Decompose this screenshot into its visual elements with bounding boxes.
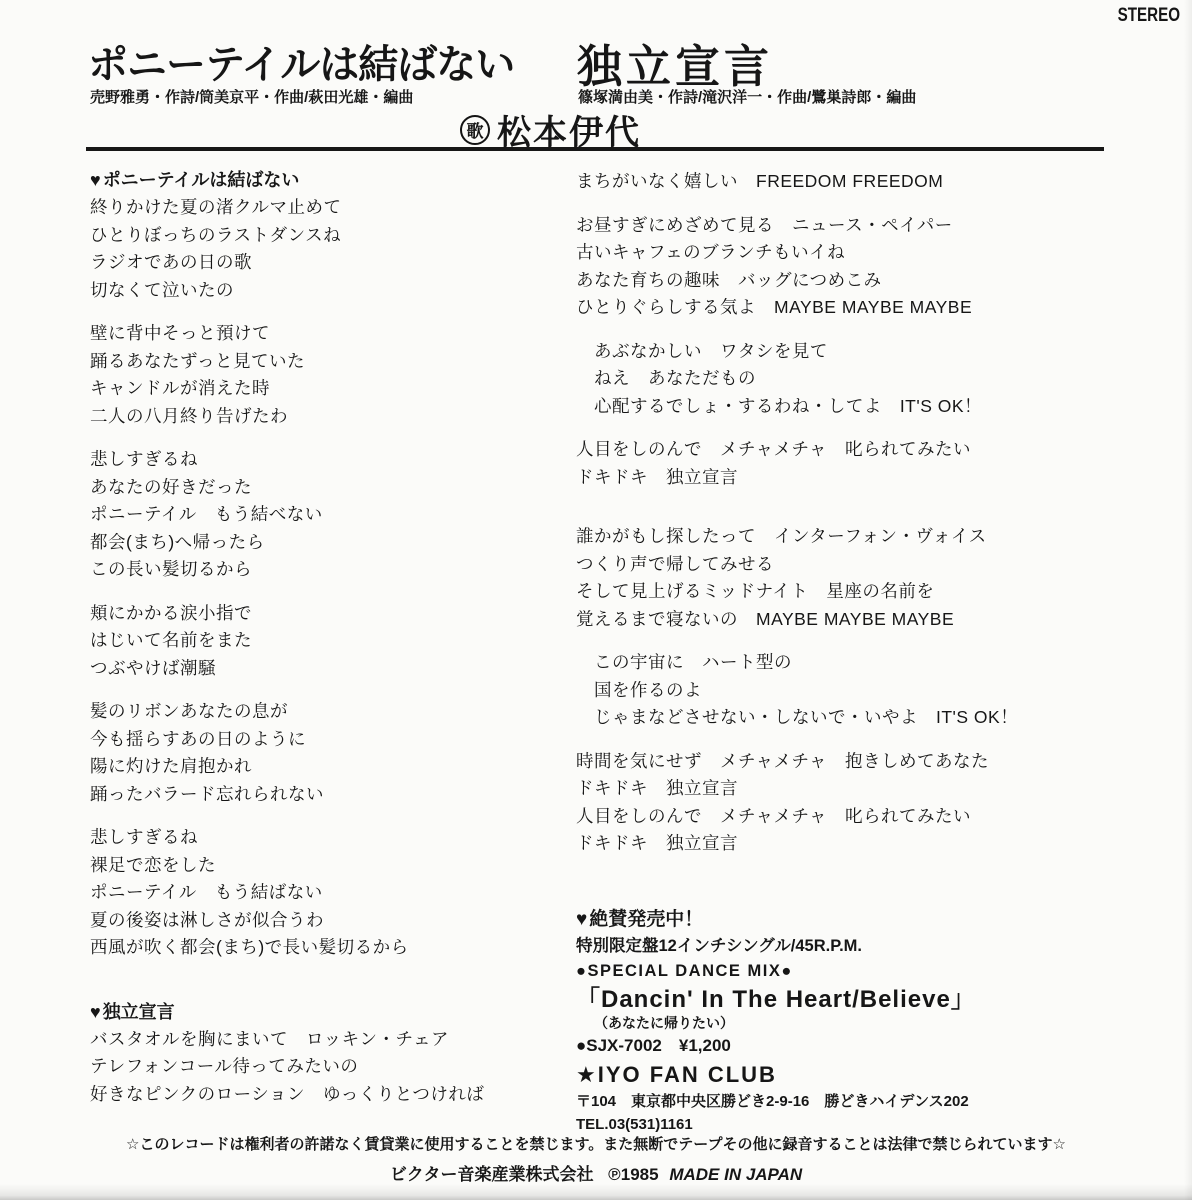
lyric-line: キャンドルが消えた時	[90, 375, 570, 403]
lyric-line: 都会(まち)へ帰ったら	[90, 529, 570, 557]
lyric-line: 人目をしのんで メチャメチャ 叱られてみたい	[576, 436, 1186, 464]
lyric-line: つぶやけば潮騒	[90, 655, 570, 683]
lyric-line: ねえ あなただもの	[576, 365, 1186, 393]
lyric-line: 人目をしのんで メチャメチャ 叱られてみたい	[576, 803, 1186, 831]
lyric-line: 踊るあなたずっと見ていた	[90, 348, 570, 376]
lyric-line: 壁に背中そっと預けて	[90, 320, 570, 348]
lyric-line: 心配するでしょ・するわね・してよ IT'S OK！	[576, 393, 1186, 421]
promo-release-title: 「Dancin' In The Heart/Believe」	[576, 984, 976, 1015]
stereo-label: STEREO	[1118, 5, 1181, 27]
lyric-line: 覚えるまで寝ないの MAYBE MAYBE MAYBE	[576, 606, 1186, 634]
song2-credits: 篠塚満由美・作詩/滝沢洋一・作曲/鷺巣詩郎・編曲	[578, 86, 916, 107]
company-line: ビクター音楽産業株式会社 ℗1985 MADE IN JAPAN	[0, 1160, 1192, 1185]
song2-lyrics-right: まちがいなく嬉しい FREEDOM FREEDOMお昼すぎにめざめて見る ニュー…	[576, 168, 1186, 858]
song1-lyrics-heading: ♥ポニーテイルは結ばない	[90, 166, 570, 194]
lyric-line: つくり声で帰してみせる	[576, 551, 1186, 579]
promo-heading-text: 絶賛発売中！	[589, 909, 703, 930]
scan-edge-bottom	[0, 1184, 1192, 1200]
lyric-line: お昼すぎにめざめて見る ニュース・ペイパー	[576, 212, 1186, 240]
lyric-line: 時間を気にせず メチャメチャ 抱きしめてあなた	[576, 748, 1186, 776]
lyric-line	[576, 633, 1186, 649]
lyric-line: バスタオルを胸にまいて ロッキン・チェア	[90, 1026, 570, 1054]
lyric-line: テレフォンコール待ってみたいの	[90, 1053, 570, 1081]
song1-lyrics: 終りかけた夏の渚クルマ止めてひとりぼっちのラストダンスねラジオであの日の歌切なく…	[90, 194, 570, 962]
lyric-line: じゃまなどさせない・しないで・いやよ IT'S OK！	[576, 704, 1186, 732]
promo-block: ♥絶賛発売中！ 特別限定盤12インチシングル/45R.P.M. ●SPECIAL…	[576, 905, 976, 1136]
song1-credits: 売野雅勇・作詩/筒美京平・作曲/萩田光雄・編曲	[90, 86, 413, 107]
lyric-line	[576, 420, 1186, 436]
lyric-line: 今も揺らすあの日のように	[90, 726, 570, 754]
lyric-line	[576, 196, 1186, 212]
lyric-line: この宇宙に ハート型の	[576, 649, 1186, 677]
promo-fanclub-line: ★IYO FAN CLUB	[576, 1059, 976, 1090]
p-mark: ℗1985	[608, 1165, 658, 1184]
promo-heading: ♥絶賛発売中！	[576, 905, 976, 934]
lyric-line: 悲しすぎるね	[90, 446, 570, 474]
lyric-line: はじいて名前をまた	[90, 627, 570, 655]
heart-icon: ♥	[576, 909, 587, 930]
lyric-line: 悲しすぎるね	[90, 824, 570, 852]
lyric-line	[90, 304, 570, 320]
lyric-line: 夏の後姿は淋しさが似合うわ	[90, 907, 570, 935]
lyric-line: 踊ったバラード忘れられない	[90, 781, 570, 809]
promo-mix-line: ●SPECIAL DANCE MIX●	[576, 959, 976, 984]
song2-lyrics-left: バスタオルを胸にまいて ロッキン・チェアテレフォンコール待ってみたいの好きなピン…	[90, 1026, 570, 1109]
lyric-line: 陽に灼けた肩抱かれ	[90, 753, 570, 781]
lyric-line: 好きなピンクのローション ゆっくりとつければ	[90, 1081, 570, 1109]
lyric-line: そして見上げるミッドナイト 星座の名前を	[576, 578, 1186, 606]
lyric-line: ラジオであの日の歌	[90, 249, 570, 277]
rental-notice: ☆このレコードは権利者の許諾なく賃貸業に使用することを禁じます。また無断でテープ…	[0, 1133, 1192, 1154]
promo-address-line: 〒104 東京都中央区勝どき2-9-16 勝どきハイデンス202	[576, 1090, 976, 1114]
promo-catalog-line: ●SJX-7002 ¥1,200	[576, 1032, 976, 1059]
lyric-line	[90, 682, 570, 698]
lyric-line: あなたの好きだった	[90, 474, 570, 502]
lyric-line	[90, 584, 570, 600]
right-lyrics-column: まちがいなく嬉しい FREEDOM FREEDOMお昼すぎにめざめて見る ニュー…	[576, 168, 1186, 858]
scan-edge-right	[1184, 0, 1192, 1200]
song2-lyrics-heading: ♥独立宣言	[90, 998, 570, 1026]
song2-lyrics-heading-text: 独立宣言	[103, 1002, 175, 1022]
lyric-line	[576, 491, 1186, 507]
heart-icon: ♥	[90, 1002, 101, 1022]
lyric-line: あぶなかしい ワタシを見て	[576, 338, 1186, 366]
lyric-line: 切なくて泣いたの	[90, 277, 570, 305]
lyric-line: 誰かがもし探したって インターフォン・ヴォイス	[576, 523, 1186, 551]
lyric-line	[576, 322, 1186, 338]
lyric-line: ドキドキ 独立宣言	[576, 775, 1186, 803]
promo-edition-line: 特別限定盤12インチシングル/45R.P.M.	[576, 934, 976, 959]
lyric-line: 国を作るのよ	[576, 677, 1186, 705]
lyric-line: 頬にかかる涙小指で	[90, 600, 570, 628]
lyric-line	[90, 808, 570, 824]
lyric-line: 西風が吹く都会(まち)で長い髪切るから	[90, 934, 570, 962]
section-gap	[90, 962, 570, 998]
divider-rule	[86, 147, 1104, 151]
lyric-line: ひとりぐらしする気よ MAYBE MAYBE MAYBE	[576, 294, 1186, 322]
heart-icon: ♥	[90, 170, 101, 190]
lyric-line: ポニーテイル もう結べない	[90, 501, 570, 529]
song1-title: ポニーテイルは結ばない	[88, 33, 514, 90]
lyric-line: あなた育ちの趣味 バッグにつめこみ	[576, 267, 1186, 295]
lyric-line: ドキドキ 独立宣言	[576, 464, 1186, 492]
lyric-line: 裸足で恋をした	[90, 852, 570, 880]
lyric-line: 終りかけた夏の渚クルマ止めて	[90, 194, 570, 222]
lyric-line	[576, 732, 1186, 748]
lyric-line: ポニーテイル もう結ばない	[90, 879, 570, 907]
song1-lyrics-heading-text: ポニーテイルは結ばない	[103, 170, 300, 190]
lyric-line: ドキドキ 独立宣言	[576, 830, 1186, 858]
vocal-circle-icon: 歌	[460, 115, 490, 145]
lyric-line	[90, 430, 570, 446]
promo-release-subtitle: （あなたに帰りたい）	[594, 1015, 976, 1032]
made-in-japan: MADE IN JAPAN	[669, 1165, 802, 1184]
company-name: ビクター音楽産業株式会社	[390, 1165, 594, 1184]
left-lyrics-column: ♥ポニーテイルは結ばない 終りかけた夏の渚クルマ止めてひとりぼっちのラストダンス…	[90, 166, 570, 1108]
lyric-line: この長い髪切るから	[90, 556, 570, 584]
lyric-line: 髪のリボンあなたの息が	[90, 698, 570, 726]
lyric-line	[576, 507, 1186, 523]
lyric-line: ひとりぼっちのラストダンスね	[90, 222, 570, 250]
lyric-line: 古いキャフェのブランチもいイね	[576, 239, 1186, 267]
lyric-line: まちがいなく嬉しい FREEDOM FREEDOM	[576, 168, 1186, 196]
lyric-line: 二人の八月終り告げたわ	[90, 403, 570, 431]
